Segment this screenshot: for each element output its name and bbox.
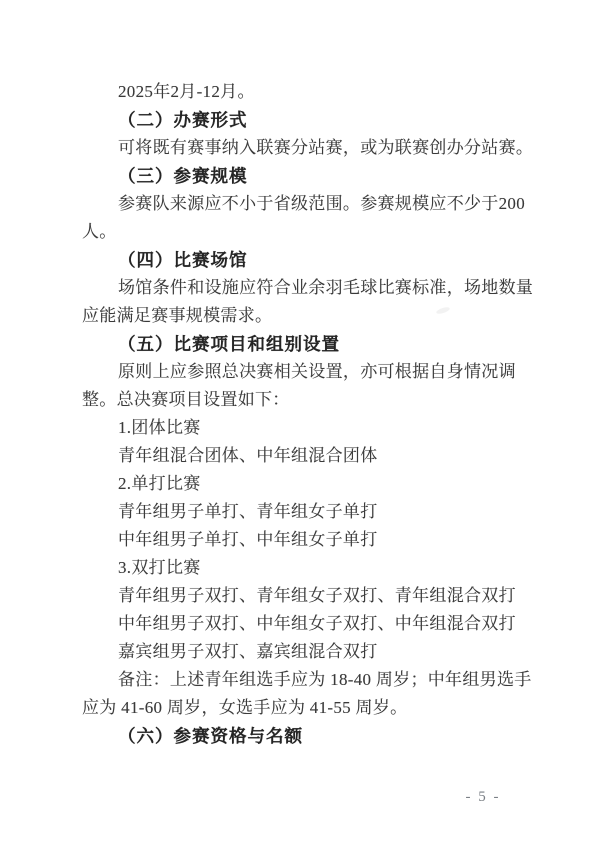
document-body: 2025年2月-12月。 （二）办赛形式 可将既有赛事纳入联赛分站赛，或为联赛创… [82, 78, 532, 750]
list-item: 青年组男子单打、青年组女子单打 [118, 498, 532, 526]
section-heading: （六）参赛资格与名额 [118, 722, 532, 750]
section-heading: （二）办赛形式 [118, 106, 532, 134]
list-item: 青年组男子双打、青年组女子双打、青年组混合双打 [118, 582, 532, 610]
body-line: 原则上应参照总决赛相关设置，亦可根据自身情况调 [118, 358, 532, 386]
list-item: 3.双打比赛 [118, 554, 532, 582]
list-item: 2.单打比赛 [118, 470, 532, 498]
list-item: 中年组男子单打、中年组女子单打 [118, 526, 532, 554]
page-number: - 5 - [448, 787, 518, 807]
document-page: 2025年2月-12月。 （二）办赛形式 可将既有赛事纳入联赛分站赛，或为联赛创… [0, 0, 600, 847]
section-heading: （五）比赛项目和组别设置 [118, 330, 532, 358]
body-line: 人。 [82, 218, 532, 246]
body-line: 2025年2月-12月。 [118, 78, 532, 106]
list-item: 青年组混合团体、中年组混合团体 [118, 442, 532, 470]
list-item: 中年组男子双打、中年组女子双打、中年组混合双打 [118, 610, 532, 638]
note-line: 应为 41-60 周岁，女选手应为 41-55 周岁。 [82, 694, 532, 722]
list-item: 1.团体比赛 [118, 414, 532, 442]
body-line: 整。总决赛项目设置如下： [82, 386, 532, 414]
section-heading: （三）参赛规模 [118, 162, 532, 190]
note-line: 备注：上述青年组选手应为 18-40 周岁；中年组男选手 [118, 666, 532, 694]
body-line: 应能满足赛事规模需求。 [82, 302, 532, 330]
section-heading: （四）比赛场馆 [118, 246, 532, 274]
list-item: 嘉宾组男子双打、嘉宾组混合双打 [118, 638, 532, 666]
body-line: 场馆条件和设施应符合业余羽毛球比赛标准，场地数量 [118, 274, 532, 302]
body-line: 参赛队来源应不小于省级范围。参赛规模应不少于200 [118, 190, 532, 218]
body-line: 可将既有赛事纳入联赛分站赛，或为联赛创办分站赛。 [118, 134, 532, 162]
